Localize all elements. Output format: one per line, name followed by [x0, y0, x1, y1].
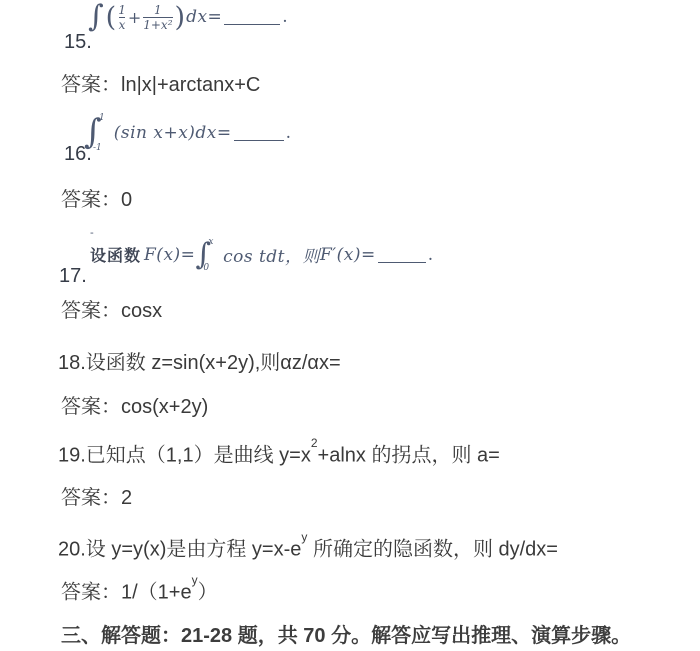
fraction-numerator: 1 — [154, 4, 162, 16]
equals-sign: = — [361, 245, 376, 265]
answer-blank — [224, 9, 280, 25]
answer-line-20: 答案：1/（1+ey） — [61, 580, 218, 605]
fraction-one-over-x: 1 x — [118, 4, 126, 31]
section-three-header: 三、解答题：21-28 题，共 70 分。解答应写出推理、演算步骤。 — [61, 624, 631, 648]
lower-limit: -1 — [93, 143, 102, 153]
fraction-numerator: 1 — [118, 4, 126, 16]
scan-artifact-mark: - — [90, 226, 94, 239]
question-line-20: 20.设 y=y(x)是由方程 y=x-ey 所确定的隐函数，则 dy/dx= — [58, 537, 558, 562]
answer-line-15: 答案：ln|x|+arctanx+C — [61, 73, 260, 97]
answer-blank — [378, 247, 426, 263]
formula-cjk-prefix: 设函数 — [90, 243, 141, 266]
lower-limit: 0 — [203, 263, 209, 273]
plus-operator: + — [128, 8, 141, 27]
document-page: ∫ ( 1 x + 1 1+x² ) dx = . 15. 答案：ln|x|+a… — [0, 0, 700, 651]
period: . — [282, 7, 288, 27]
q15-formula-image: ∫ ( 1 x + 1 1+x² ) dx = . — [88, 2, 288, 32]
integrand-text: cos tdt，则 — [223, 242, 320, 267]
question-number-16: 16. — [64, 142, 92, 166]
question-line-18: 18.设函数 z=sin(x+2y),则αz/αx= — [58, 351, 341, 375]
answer-line-19: 答案：2 — [61, 486, 132, 510]
upper-limit: 1 — [99, 113, 105, 123]
f-prime-x: F′(x) — [320, 245, 361, 265]
answer-line-17: 答案：cosx — [61, 299, 162, 323]
answer-line-16: 答案：0 — [61, 188, 132, 212]
answer-text: 答案：1/（1+e — [61, 582, 192, 604]
q16-formula-image: ∫ 1 -1 (sin x+x)dx = . — [84, 115, 292, 151]
fraction-one-over-1px2: 1 1+x² — [143, 4, 172, 31]
answer-text: ） — [198, 582, 218, 604]
integrand-text: (sin x+x)dx — [114, 123, 217, 143]
question-text: 20.设 y=y(x)是由方程 y=x-e — [58, 539, 301, 561]
period: . — [286, 123, 292, 143]
integral-with-limits-icon: ∫ x 0 — [195, 239, 223, 271]
question-number-17: 17. — [59, 264, 87, 288]
answer-line-18: 答案：cos(x+2y) — [61, 395, 208, 419]
question-number-15: 15. — [64, 30, 92, 54]
answer-blank — [234, 125, 284, 141]
integral-icon: ∫ — [88, 2, 104, 32]
question-line-19: 19.已知点（1,1）是曲线 y=x2+alnx 的拐点，则 a= — [58, 443, 500, 468]
fraction-denominator: x — [119, 17, 126, 31]
fraction-denominator: 1+x² — [143, 17, 172, 31]
superscript-y: y — [192, 573, 198, 587]
left-paren: ( — [105, 4, 118, 31]
question-text: 所确定的隐函数，则 dy/dx= — [307, 539, 558, 561]
differential-dx: dx — [186, 7, 207, 27]
superscript-2: 2 — [311, 436, 318, 450]
right-paren: ) — [174, 4, 187, 31]
question-text: 19.已知点（1,1）是曲线 y=x — [58, 445, 311, 467]
q17-formula-image: 设函数 F(x)= ∫ x 0 cos tdt，则 F′(x) = . — [90, 239, 434, 271]
question-text: +alnx 的拐点，则 a= — [318, 445, 500, 467]
function-fx: F(x)= — [144, 245, 195, 265]
superscript-y: y — [301, 530, 307, 544]
equals-sign: = — [217, 123, 232, 143]
equals-sign: = — [208, 7, 223, 27]
period: . — [428, 245, 434, 265]
upper-limit: x — [208, 237, 213, 247]
